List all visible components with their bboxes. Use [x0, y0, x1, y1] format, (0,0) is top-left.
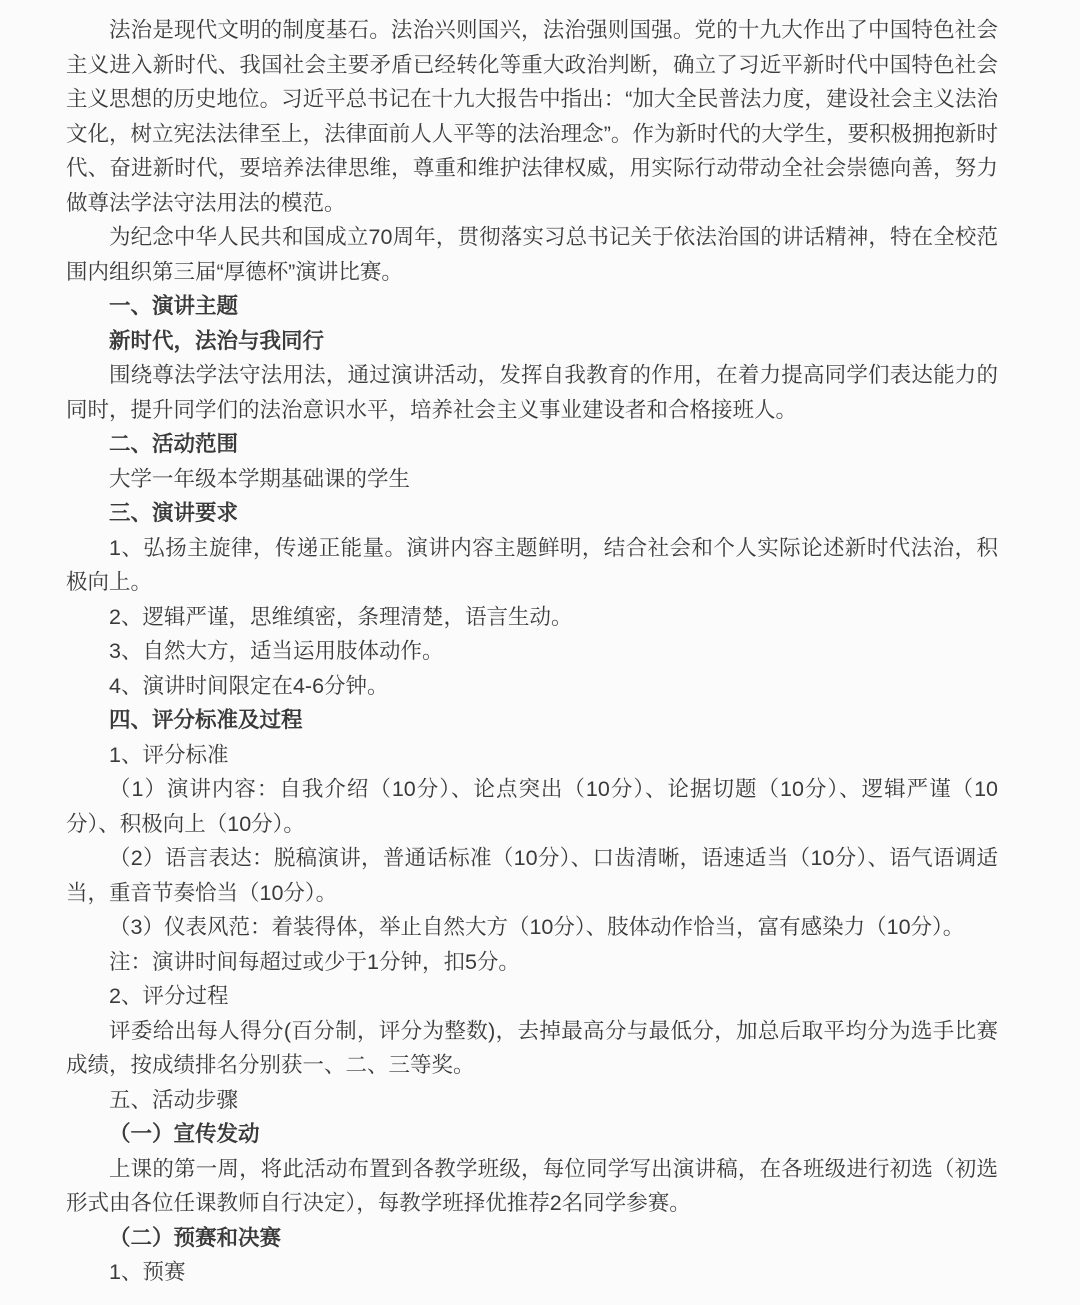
document-page: 法治是现代文明的制度基石。法治兴则国兴，法治强则国强。党的十九大作出了中国特色社…	[0, 0, 1080, 1290]
paragraph: 大学一年级本学期基础课的学生	[66, 462, 998, 497]
paragraph: 2、逻辑严谨，思维缜密，条理清楚，语言生动。	[66, 600, 998, 635]
paragraph: 为纪念中华人民共和国成立70周年，贯彻落实习总书记关于依法治国的讲话精神，特在全…	[66, 220, 998, 289]
section-heading: （一）宣传发动	[66, 1117, 998, 1152]
paragraph: 1、评分标准	[66, 738, 998, 773]
section-heading: （二）预赛和决赛	[66, 1221, 998, 1256]
paragraph: 法治是现代文明的制度基石。法治兴则国兴，法治强则国强。党的十九大作出了中国特色社…	[66, 13, 998, 220]
paragraph: 1、弘扬主旋律，传递正能量。演讲内容主题鲜明，结合社会和个人实际论述新时代法治，…	[66, 531, 998, 600]
paragraph: 3、自然大方，适当运用肢体动作。	[66, 634, 998, 669]
paragraph: 上课的第一周，将此活动布置到各教学班级，每位同学写出演讲稿，在各班级进行初选（初…	[66, 1152, 998, 1221]
paragraph: 1、预赛	[66, 1255, 998, 1290]
section-heading: 三、演讲要求	[66, 496, 998, 531]
paragraph: 五、活动步骤	[66, 1083, 998, 1118]
section-heading: 二、活动范围	[66, 427, 998, 462]
section-heading: 四、评分标准及过程	[66, 703, 998, 738]
paragraph: （2）语言表达：脱稿演讲，普通话标准（10分）、口齿清晰，语速适当（10分）、语…	[66, 841, 998, 910]
paragraph: 4、演讲时间限定在4-6分钟。	[66, 669, 998, 704]
paragraph: （3）仪表风范：着装得体，举止自然大方（10分）、肢体动作恰当，富有感染力（10…	[66, 910, 998, 945]
paragraph: 注：演讲时间每超过或少于1分钟，扣5分。	[66, 945, 998, 980]
paragraph: 2、评分过程	[66, 979, 998, 1014]
paragraph: 评委给出每人得分(百分制，评分为整数)，去掉最高分与最低分，加总后取平均分为选手…	[66, 1014, 998, 1083]
section-heading: 一、演讲主题	[66, 289, 998, 324]
paragraph: （1）演讲内容：自我介绍（10分）、论点突出（10分）、论据切题（10分）、逻辑…	[66, 772, 998, 841]
section-heading: 新时代，法治与我同行	[66, 324, 998, 359]
paragraph: 围绕尊法学法守法用法，通过演讲活动，发挥自我教育的作用，在着力提高同学们表达能力…	[66, 358, 998, 427]
